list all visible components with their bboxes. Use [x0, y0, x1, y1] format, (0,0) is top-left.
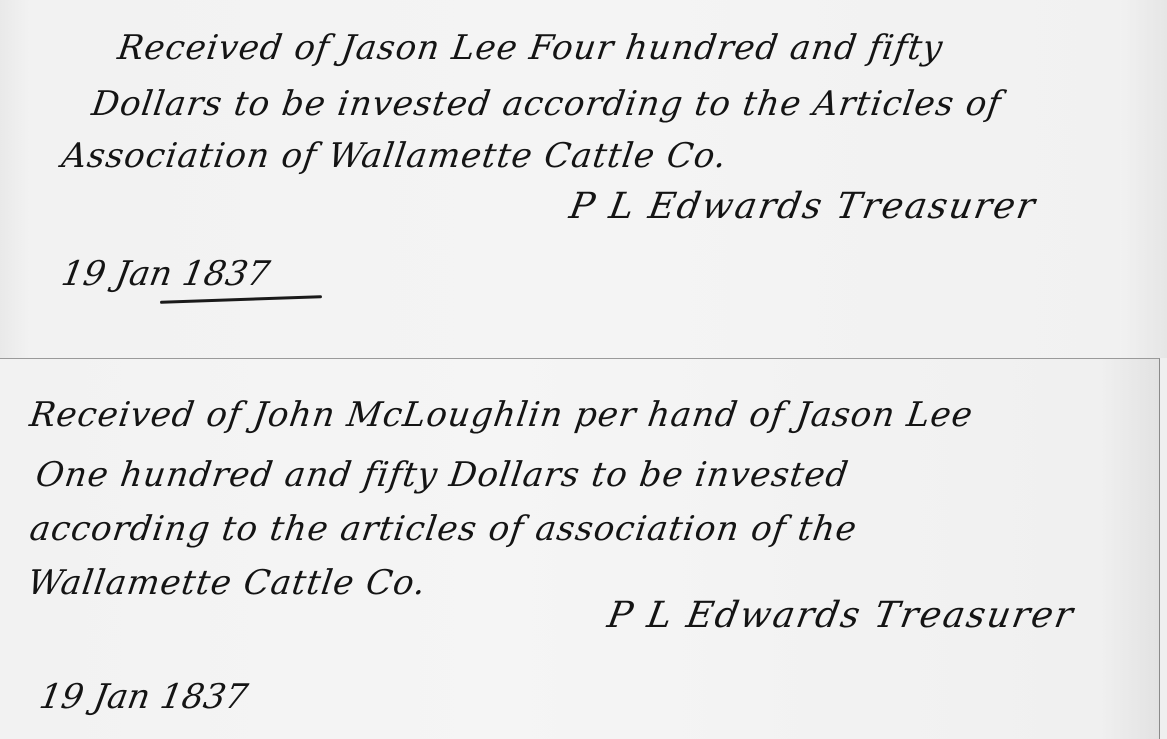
- receipt-line: Received of Jason Lee Four hundred and f…: [115, 28, 946, 68]
- receipt-line: Dollars to be invested according to the …: [89, 84, 1004, 124]
- date-underline: [160, 295, 322, 304]
- receipt-jason-lee: Received of Jason Lee Four hundred and f…: [0, 0, 1167, 358]
- treasurer-signature: P L Edwards Treasurer: [604, 595, 1077, 636]
- receipt-date: 19 Jan 1837: [58, 254, 272, 294]
- receipt-john-mcloughlin: Received of John McLoughlin per hand of …: [0, 358, 1160, 739]
- receipt-line: One hundred and fifty Dollars to be inve…: [33, 455, 851, 495]
- treasurer-signature: P L Edwards Treasurer: [566, 186, 1039, 227]
- receipt-line: Received of John McLoughlin per hand of …: [27, 395, 976, 435]
- receipt-line: according to the articles of association…: [27, 509, 860, 549]
- receipt-line: Association of Wallamette Cattle Co.: [59, 136, 729, 176]
- receipt-line: Wallamette Cattle Co.: [25, 563, 429, 603]
- receipt-date: 19 Jan 1837: [36, 677, 250, 717]
